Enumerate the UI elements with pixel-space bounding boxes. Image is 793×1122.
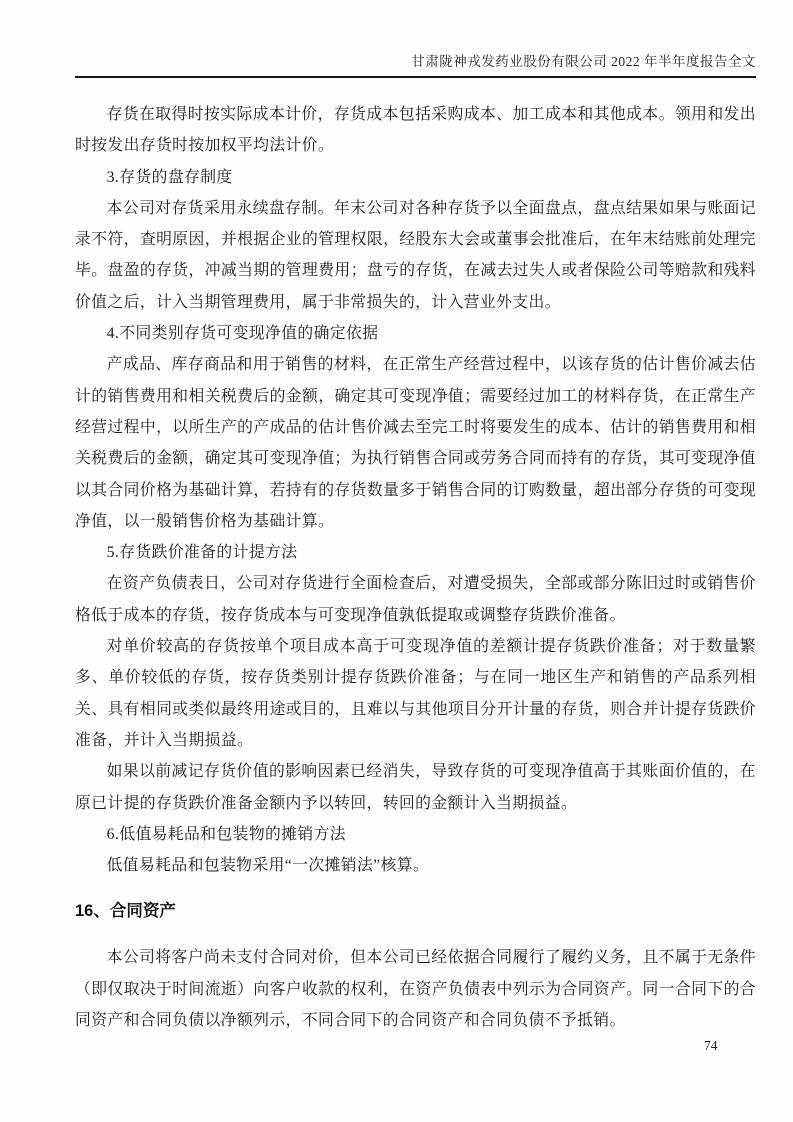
paragraph-writedown-by-item-or-category: 对单价较高的存货按单个项目成本高于可变现净值的差额计提存货跌价准备；对于数量繁多… [75, 631, 756, 756]
subheading-inventory-count-system: 3.存货的盘存制度 [75, 162, 756, 193]
paragraph-balance-sheet-date-check: 在资产负债表日，公司对存货进行全面检查后，对遭受损失，全部或部分陈旧过时或销售价… [75, 568, 756, 631]
section-heading-contract-assets: 16、合同资产 [75, 896, 756, 927]
page-number: 74 [704, 1038, 718, 1054]
subheading-net-realizable-value-basis: 4.不同类别存货可变现净值的确定依据 [75, 318, 756, 349]
paragraph-inventory-valuation: 存货在取得时按实际成本计价，存货成本包括采购成本、加工成本和其他成本。领用和发出… [75, 99, 756, 162]
subheading-inventory-writedown-method: 5.存货跌价准备的计提方法 [75, 537, 756, 568]
paragraph-perpetual-inventory: 本公司对存货采用永续盘存制。年末公司对各种存货予以全面盘点，盘点结果如果与账面记… [75, 193, 756, 318]
paragraph-writedown-reversal: 如果以前减记存货价值的影响因素已经消失，导致存货的可变现净值高于其账面价值的，在… [75, 756, 756, 819]
paragraph-net-realizable-value: 产成品、库存商品和用于销售的材料，在正常生产经营过程中，以该存货的估计售价减去估… [75, 349, 756, 537]
document-body: 存货在取得时按实际成本计价，存货成本包括采购成本、加工成本和其他成本。领用和发出… [75, 78, 756, 1036]
subheading-low-value-consumables: 6.低值易耗品和包装物的摊销方法 [75, 819, 756, 850]
paragraph-one-off-amortization: 低值易耗品和包装物采用“一次摊销法”核算。 [75, 850, 756, 881]
page-content: 甘肃陇神戎发药业股份有限公司 2022 年半年度报告全文 存货在取得时按实际成本… [75, 0, 756, 1036]
report-header-title: 甘肃陇神戎发药业股份有限公司 2022 年半年度报告全文 [75, 53, 756, 70]
report-page: 甘肃陇神戎发药业股份有限公司 2022 年半年度报告全文 存货在取得时按实际成本… [0, 0, 793, 1122]
paragraph-contract-assets: 本公司将客户尚未支付合同对价，但本公司已经依据合同履行了履约义务，且不属于无条件… [75, 942, 756, 1036]
page-header: 甘肃陇神戎发药业股份有限公司 2022 年半年度报告全文 [75, 0, 756, 78]
